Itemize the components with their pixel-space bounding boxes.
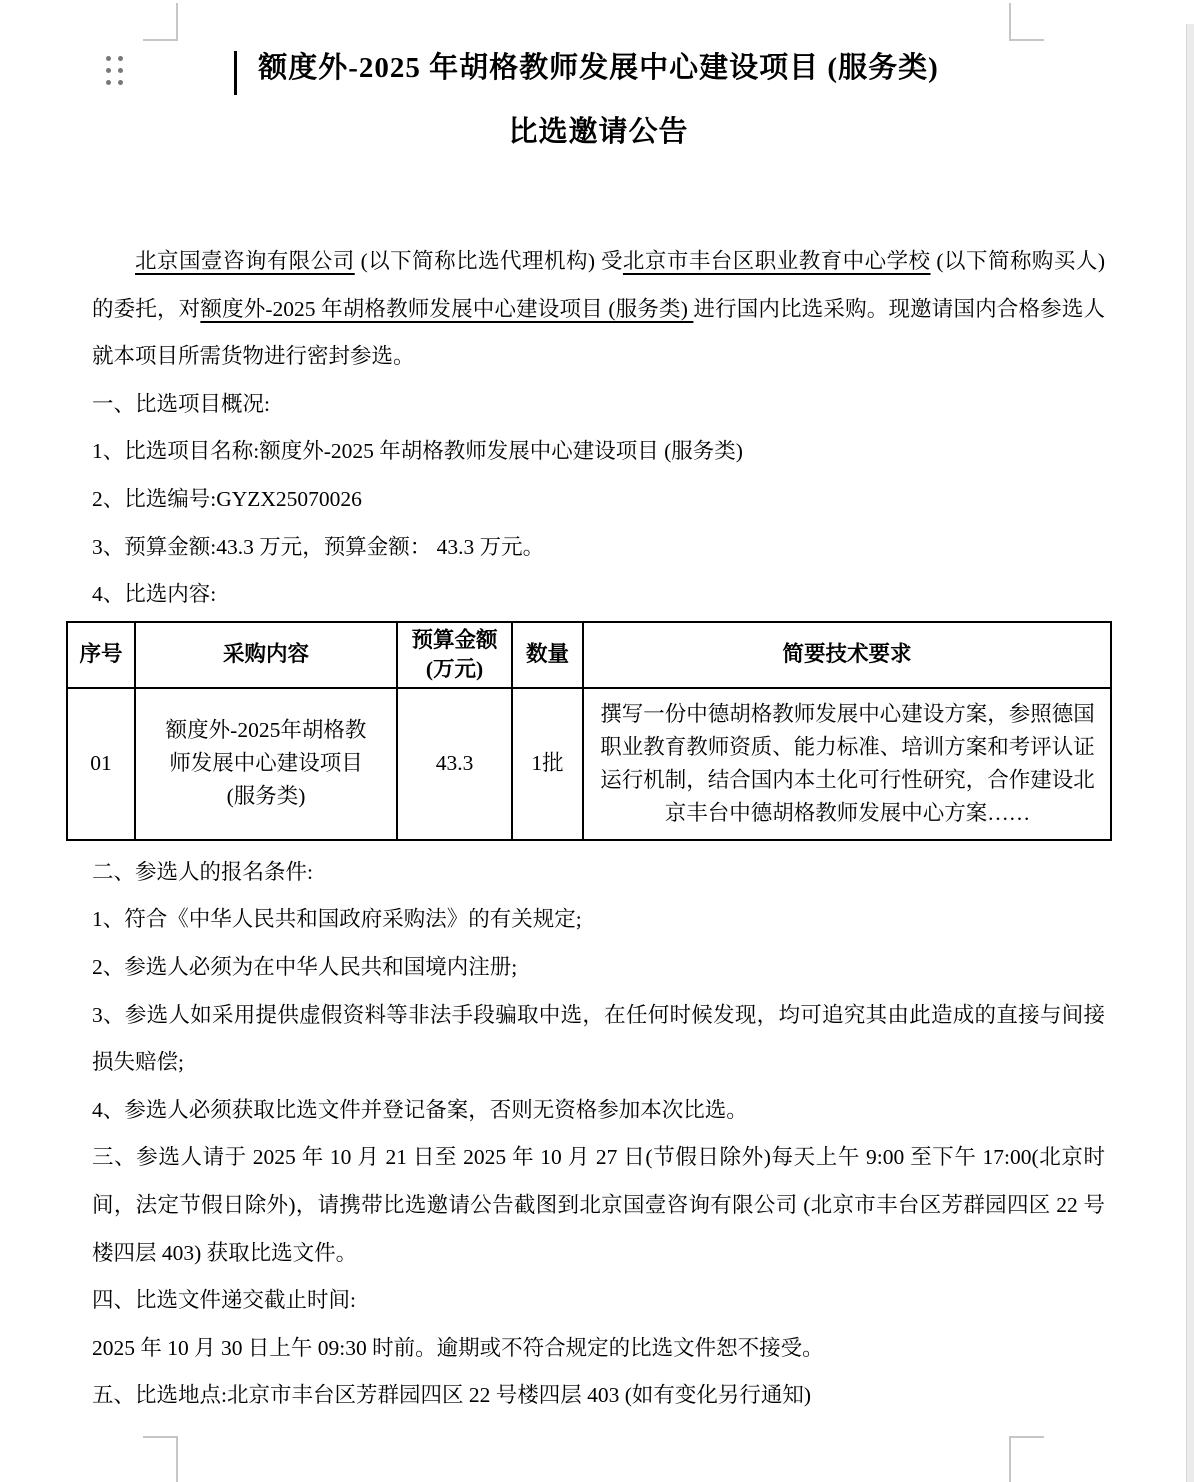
col-header-requirements: 简要技术要求 <box>583 622 1111 688</box>
intro-paragraph: 北京国壹咨询有限公司 (以下简称比选代理机构) 受北京市丰台区职业教育中心学校 … <box>92 238 1105 381</box>
text-run: (以下简称比选代理机构) 受 <box>355 249 623 273</box>
paragraph-line: 3、参选人如采用提供虚假资料等非法手段骗取中选，在任何时候发现，均可追究其由此造… <box>92 992 1105 1087</box>
cell-seq: 01 <box>67 688 135 840</box>
doc-title-line1: 额度外-2025 年胡格教师发展中心建设项目 (服务类) <box>92 46 1105 90</box>
procurement-items-table: 序号 采购内容 预算金额 (万元) 数量 简要技术要求 01 额度外-2025年… <box>66 621 1112 841</box>
paragraph-line: 五、比选地点:北京市丰台区芳群园四区 22 号楼四层 403 (如有变化另行通知… <box>92 1372 1105 1420</box>
crop-mark-bottom-right-icon <box>1009 1436 1044 1482</box>
table-row: 01 额度外-2025年胡格教 师发展中心建设项目 (服务类) 43.3 1批 … <box>67 688 1111 840</box>
paragraph-line: 2、参选人必须为在中华人民共和国境内注册; <box>92 944 1105 992</box>
paragraph-line: 1、符合《中华人民共和国政府采购法》的有关规定; <box>92 896 1105 944</box>
document-page: 额度外-2025 年胡格教师发展中心建设项目 (服务类) 比选邀请公告 北京国壹… <box>0 0 1194 1482</box>
paragraph-line: 4、参选人必须获取比选文件并登记备案，否则无资格参加本次比选。 <box>92 1087 1105 1135</box>
vertical-scrollbar[interactable] <box>1186 24 1194 1482</box>
paragraph-line: 三、参选人请于 2025 年 10 月 21 日至 2025 年 10 月 27… <box>92 1134 1105 1277</box>
table-header-row: 序号 采购内容 预算金额 (万元) 数量 简要技术要求 <box>67 622 1111 688</box>
col-header-content: 采购内容 <box>135 622 397 688</box>
paragraph-line: 二、参选人的报名条件: <box>92 849 1105 897</box>
cell-requirements: 撰写一份中德胡格教师发展中心建设方案，参照德国职业教育教师资质、能力标准、培训方… <box>583 688 1111 840</box>
underlined-text-run: 北京国壹咨询有限公司 <box>135 249 355 273</box>
col-header-budget: 预算金额 (万元) <box>397 622 512 688</box>
doc-title-line2: 比选邀请公告 <box>92 110 1105 154</box>
crop-mark-bottom-left-icon <box>143 1436 178 1482</box>
overview-section: 一、比选项目概况:1、比选项目名称:额度外-2025 年胡格教师发展中心建设项目… <box>92 381 1105 619</box>
paragraph-line: 3、预算金额:43.3 万元，预算金额： 43.3 万元。 <box>92 524 1105 572</box>
paragraph-line: 4、比选内容: <box>92 571 1105 619</box>
cell-qty: 1批 <box>512 688 583 840</box>
underlined-text-run: 北京市丰台区职业教育中心学校 <box>623 249 931 273</box>
conditions-section: 二、参选人的报名条件:1、符合《中华人民共和国政府采购法》的有关规定;2、参选人… <box>92 849 1105 1420</box>
paragraph-line: 2025 年 10 月 30 日上午 09:30 时前。逾期或不符合规定的比选文… <box>92 1325 1105 1373</box>
col-header-qty: 数量 <box>512 622 583 688</box>
cell-budget: 43.3 <box>397 688 512 840</box>
paragraph-line: 四、比选文件递交截止时间: <box>92 1277 1105 1325</box>
document-content: 额度外-2025 年胡格教师发展中心建设项目 (服务类) 比选邀请公告 北京国壹… <box>92 0 1105 1420</box>
cell-content: 额度外-2025年胡格教 师发展中心建设项目 (服务类) <box>135 688 397 840</box>
paragraph-line: 1、比选项目名称:额度外-2025 年胡格教师发展中心建设项目 (服务类) <box>92 428 1105 476</box>
col-header-seq: 序号 <box>67 622 135 688</box>
paragraph-line: 一、比选项目概况: <box>92 381 1105 429</box>
underlined-text-run: 额度外-2025 年胡格教师发展中心建设项目 (服务类) <box>200 297 693 321</box>
paragraph-line: 2、比选编号:GYZX25070026 <box>92 476 1105 524</box>
